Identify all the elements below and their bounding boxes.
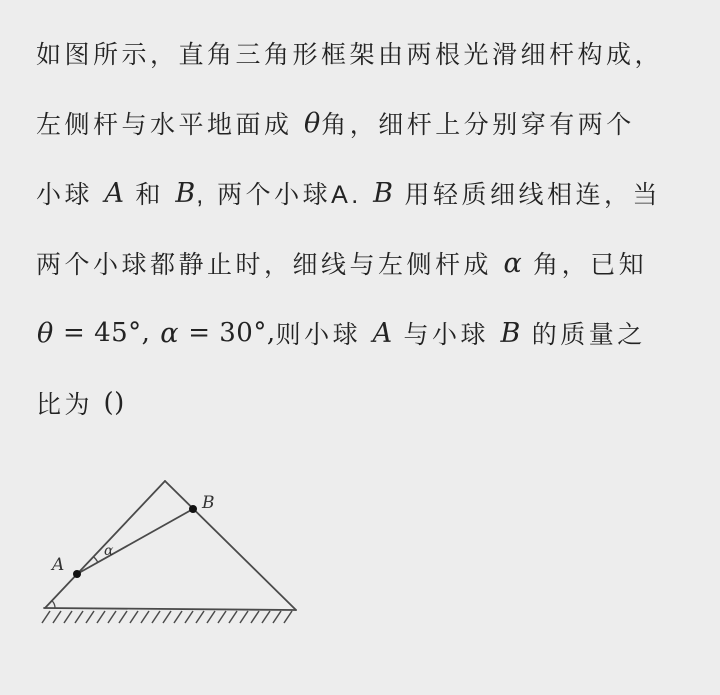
text-segment: (): [103, 388, 124, 418]
problem-line-5: θ = 45°, α = 30°,则小球 A 与小球 B 的质量之: [36, 298, 696, 368]
text-segment: θ: [303, 108, 321, 139]
text-segment: α: [159, 318, 179, 349]
text-segment: 比为: [36, 385, 103, 421]
text-segment: B: [499, 318, 521, 349]
theta-angle-arc: [52, 601, 55, 608]
text-segment: 则小球: [276, 315, 372, 351]
page: 如图所示，直角三角形框架由两根光滑细杆构成，左侧杆与水平地面成 θ角，细杆上分别…: [0, 0, 720, 695]
text-segment: A: [372, 318, 394, 349]
text-segment: 角，细杆上分别穿有两个: [321, 105, 635, 141]
text-segment: = 30°,: [179, 318, 275, 348]
label-a: A: [50, 555, 64, 575]
ground-line: [44, 608, 296, 610]
problem-line-1: 如图所示，直角三角形框架由两根光滑细杆构成，: [36, 18, 696, 88]
ball-a: [73, 570, 81, 578]
text-segment: 与小球: [393, 315, 499, 351]
text-segment: 两个小球都静止时，细线与左侧杆成: [36, 245, 502, 281]
text-segment: θ: [36, 318, 54, 349]
text-segment: A: [103, 178, 125, 209]
string-ab: [77, 509, 193, 574]
text-segment: , 两个小球A.: [196, 175, 372, 211]
label-b: B: [201, 493, 215, 513]
problem-line-4: 两个小球都静止时，细线与左侧杆成 α 角，已知: [36, 228, 696, 298]
text-segment: 和: [125, 175, 174, 211]
right-rod: [165, 481, 296, 610]
text-segment: B: [372, 178, 394, 209]
label-alpha: α: [104, 543, 114, 559]
text-segment: = 45°,: [54, 318, 159, 348]
text-segment: B: [174, 178, 196, 209]
text-segment: 角，已知: [523, 245, 647, 281]
text-segment: 小球: [36, 175, 103, 211]
problem-line-3: 小球 A 和 B, 两个小球A. B 用轻质细线相连，当: [36, 158, 696, 228]
problem-line-2: 左侧杆与水平地面成 θ角，细杆上分别穿有两个: [36, 88, 696, 158]
figure-wrap: A B α: [30, 465, 320, 645]
text-segment: 用轻质细线相连，当: [394, 175, 661, 211]
problem-line-6: 比为 (): [36, 368, 696, 438]
text-segment: 左侧杆与水平地面成: [36, 105, 303, 141]
text-segment: 的质量之: [521, 315, 645, 351]
problem-text: 如图所示，直角三角形框架由两根光滑细杆构成，左侧杆与水平地面成 θ角，细杆上分别…: [36, 18, 696, 438]
text-segment: α: [502, 248, 522, 279]
text-segment: 如图所示，直角三角形框架由两根光滑细杆构成，: [36, 35, 663, 71]
ground-hatching: [42, 611, 292, 623]
figure-diagram: A B α: [30, 465, 320, 645]
ball-b: [189, 505, 197, 513]
alpha-angle-arc: [94, 557, 98, 563]
